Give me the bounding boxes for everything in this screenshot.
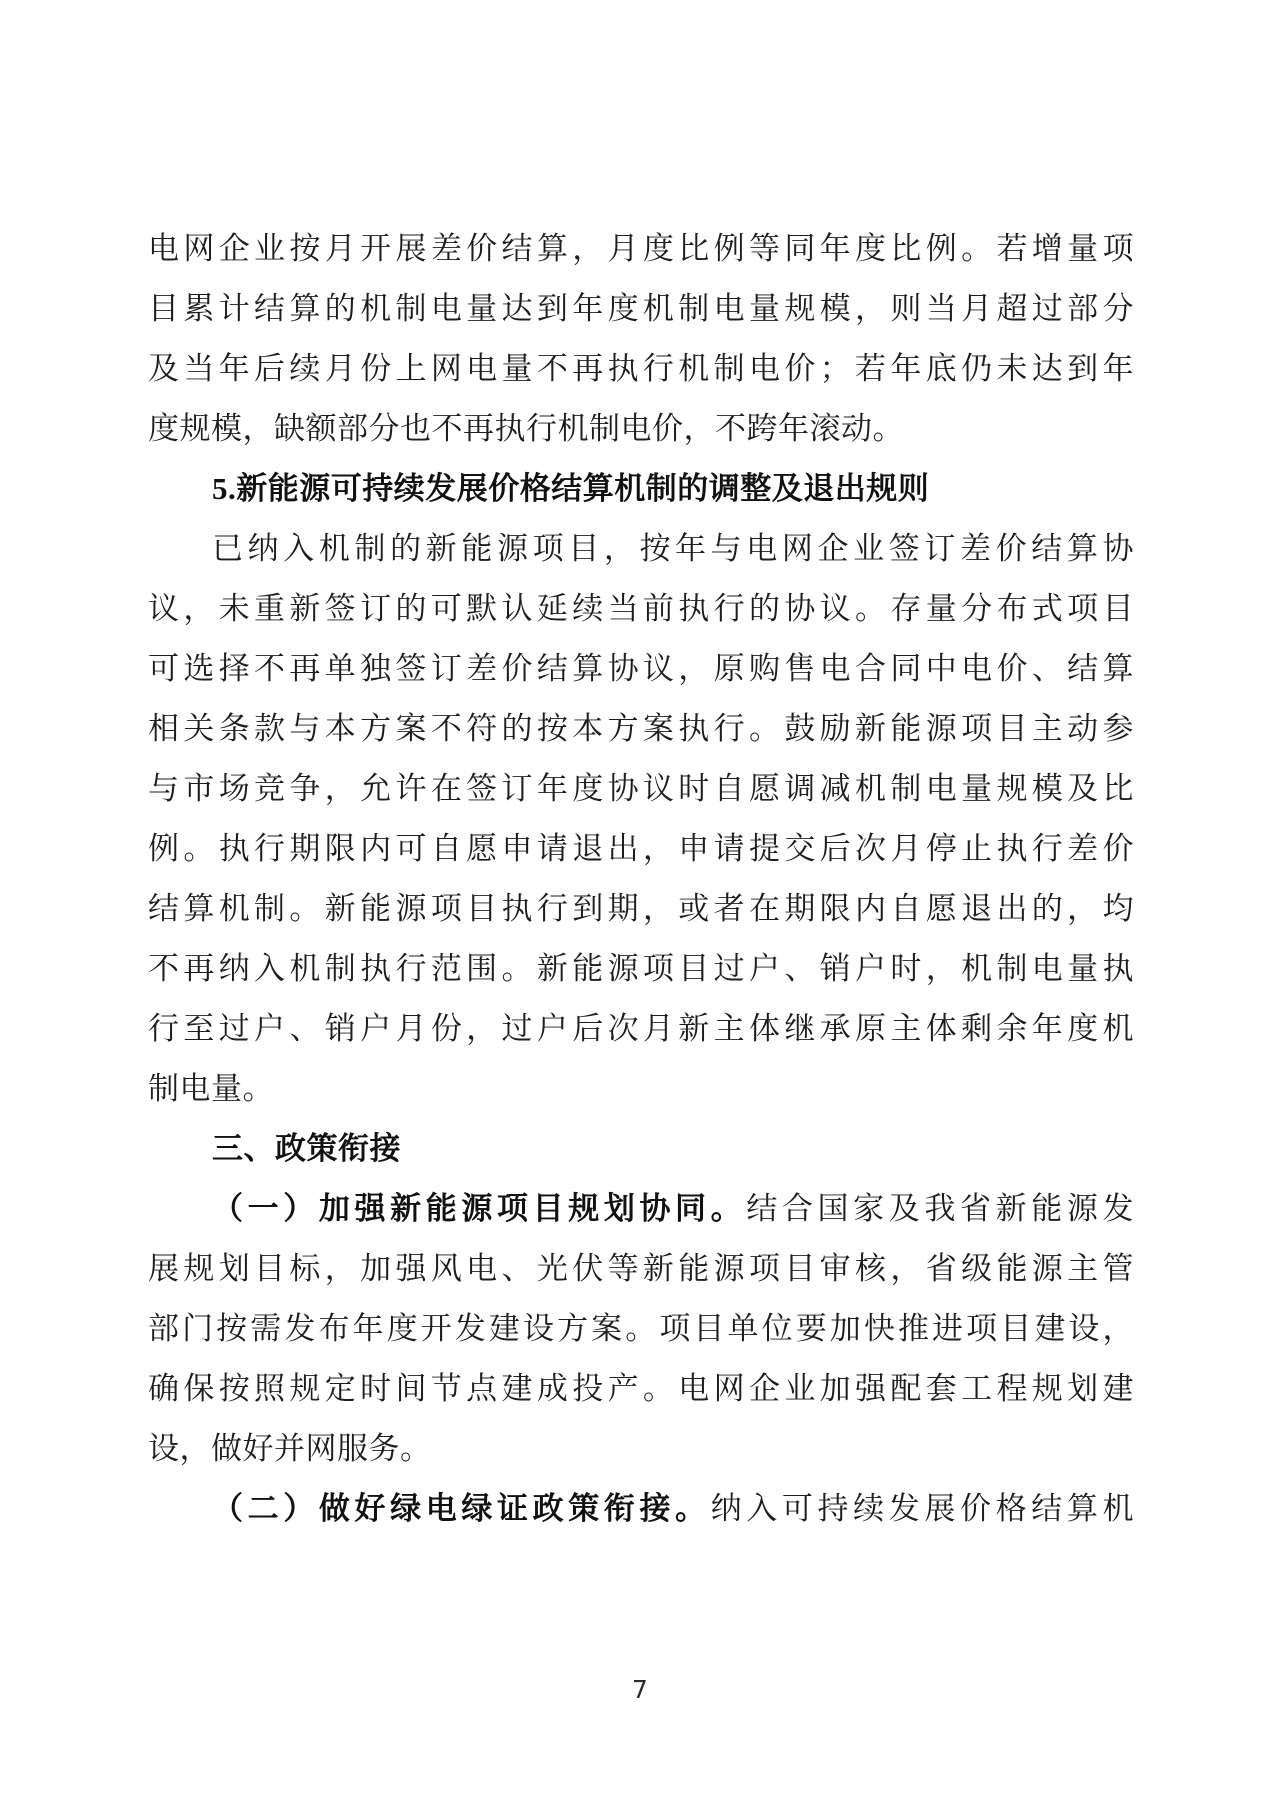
text-segment: 设，做好并网服务。	[148, 1431, 432, 1466]
text-line: 部门按需发布年度开发建设方案。项目单位要加快推进项目建设，	[148, 1299, 1134, 1359]
text-segment: 例。执行期限内可自愿申请退出，申请提交后次月停止执行差价	[148, 831, 1134, 866]
text-line: 5.新能源可持续发展价格结算机制的调整及退出规则	[148, 459, 1134, 519]
text-segment: 结合国家及我省新能源发	[746, 1191, 1134, 1226]
text-segment: 及当年后续月份上网电量不再执行机制电价；若年底仍未达到年	[148, 351, 1134, 386]
text-line: 及当年后续月份上网电量不再执行机制电价；若年底仍未达到年	[148, 339, 1134, 399]
text-line: 不再纳入机制执行范围。新能源项目过户、销户时，机制电量执	[148, 939, 1134, 999]
text-line: 结算机制。新能源项目执行到期，或者在期限内自愿退出的，均	[148, 879, 1134, 939]
text-segment: 议，未重新签订的可默认延续当前执行的协议。存量分布式项目	[148, 591, 1134, 626]
text-line: （一）加强新能源项目规划协同。结合国家及我省新能源发	[148, 1179, 1134, 1239]
text-line: 目累计结算的机制电量达到年度机制电量规模，则当月超过部分	[148, 279, 1134, 339]
text-segment: 度规模，缺额部分也不再执行机制电价，不跨年滚动。	[148, 411, 904, 446]
text-line: 电网企业按月开展差价结算，月度比例等同年度比例。若增量项	[148, 219, 1134, 279]
text-segment: 制电量。	[148, 1071, 274, 1106]
text-segment: 部门按需发布年度开发建设方案。项目单位要加快推进项目建设，	[148, 1311, 1134, 1346]
bold-text-segment: （二）做好绿电绿证政策衔接。	[212, 1491, 711, 1526]
text-line: 议，未重新签订的可默认延续当前执行的协议。存量分布式项目	[148, 579, 1134, 639]
text-segment: 纳入可持续发展价格结算机	[711, 1491, 1134, 1526]
text-line: 相关条款与本方案不符的按本方案执行。鼓励新能源项目主动参	[148, 699, 1134, 759]
text-line: （二）做好绿电绿证政策衔接。纳入可持续发展价格结算机	[148, 1479, 1134, 1539]
text-segment: 行至过户、销户月份，过户后次月新主体继承原主体剩余年度机	[148, 1011, 1134, 1046]
text-segment: 相关条款与本方案不符的按本方案执行。鼓励新能源项目主动参	[148, 711, 1134, 746]
text-line: 可选择不再单独签订差价结算协议，原购售电合同中电价、结算	[148, 639, 1134, 699]
text-segment: 电网企业按月开展差价结算，月度比例等同年度比例。若增量项	[148, 231, 1134, 266]
bold-text-segment: 三、政策衔接	[212, 1131, 401, 1166]
text-segment: 结算机制。新能源项目执行到期，或者在期限内自愿退出的，均	[148, 891, 1134, 926]
text-segment: 已纳入机制的新能源项目，按年与电网企业签订差价结算协	[212, 531, 1134, 566]
document-body: 电网企业按月开展差价结算，月度比例等同年度比例。若增量项目累计结算的机制电量达到…	[148, 219, 1134, 1539]
bold-text-segment: （一）加强新能源项目规划协同。	[212, 1191, 746, 1226]
text-line: 度规模，缺额部分也不再执行机制电价，不跨年滚动。	[148, 399, 1134, 459]
text-line: 例。执行期限内可自愿申请退出，申请提交后次月停止执行差价	[148, 819, 1134, 879]
text-segment: 不再纳入机制执行范围。新能源项目过户、销户时，机制电量执	[148, 951, 1134, 986]
bold-text-segment: 5.新能源可持续发展价格结算机制的调整及退出规则	[212, 471, 929, 506]
text-line: 行至过户、销户月份，过户后次月新主体继承原主体剩余年度机	[148, 999, 1134, 1059]
document-page: 电网企业按月开展差价结算，月度比例等同年度比例。若增量项目累计结算的机制电量达到…	[0, 0, 1280, 1810]
text-line: 与市场竞争，允许在签订年度协议时自愿调减机制电量规模及比	[148, 759, 1134, 819]
text-segment: 目累计结算的机制电量达到年度机制电量规模，则当月超过部分	[148, 291, 1134, 326]
text-segment: 与市场竞争，允许在签订年度协议时自愿调减机制电量规模及比	[148, 771, 1134, 806]
text-line: 设，做好并网服务。	[148, 1419, 1134, 1479]
text-line: 已纳入机制的新能源项目，按年与电网企业签订差价结算协	[148, 519, 1134, 579]
text-line: 制电量。	[148, 1059, 1134, 1119]
text-segment: 展规划目标，加强风电、光伏等新能源项目审核，省级能源主管	[148, 1251, 1134, 1286]
text-line: 确保按照规定时间节点建成投产。电网企业加强配套工程规划建	[148, 1359, 1134, 1419]
text-line: 三、政策衔接	[148, 1119, 1134, 1179]
text-segment: 确保按照规定时间节点建成投产。电网企业加强配套工程规划建	[148, 1371, 1134, 1406]
text-segment: 可选择不再单独签订差价结算协议，原购售电合同中电价、结算	[148, 651, 1134, 686]
page-number: 7	[0, 1672, 1280, 1708]
text-line: 展规划目标，加强风电、光伏等新能源项目审核，省级能源主管	[148, 1239, 1134, 1299]
